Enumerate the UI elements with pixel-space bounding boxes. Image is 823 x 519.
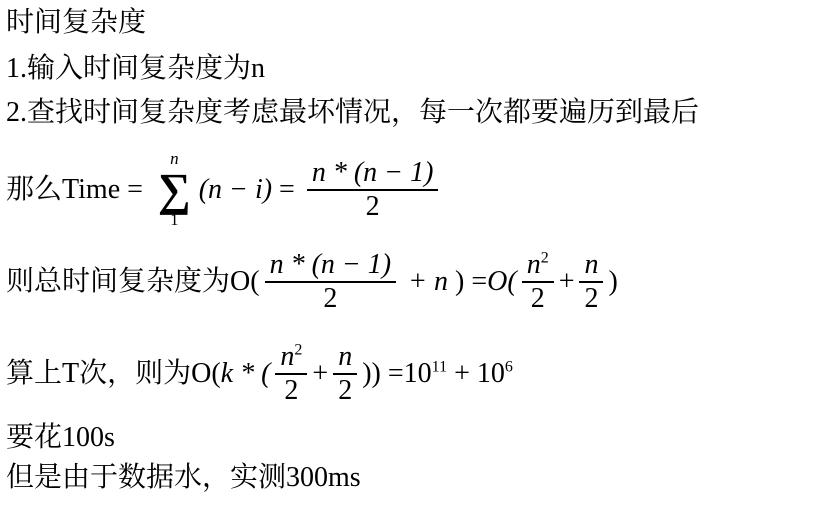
power-ten-eleven: 1011: [404, 357, 447, 391]
fraction-denominator: 2: [333, 375, 357, 407]
formula-total-complexity: 则总时间复杂度为 O( n * (n − 1) 2 + n ) = O( n2 …: [6, 240, 618, 324]
big-o-open: O(: [230, 265, 260, 299]
actual-time-line: 但是由于数据水，实测300ms: [6, 461, 361, 495]
formula-time-prefix: 那么: [6, 173, 62, 207]
fraction-numerator: n: [333, 341, 357, 375]
equals-sign: =: [127, 173, 143, 207]
exponent: 2: [294, 341, 302, 358]
fraction-numerator: n2: [275, 341, 307, 375]
document-page: 时间复杂度 1.输入时间复杂度为n 2.查找时间复杂度考虑最坏情况，每一次都要遍…: [0, 0, 823, 519]
time-function-label: Time: [62, 173, 120, 207]
formula-t-times: 算上T次，则为 O( k * ( n2 2 + n 2 )) = 1011 + …: [6, 332, 513, 416]
plus-sign: +: [312, 357, 328, 391]
fraction-n-squared-over-2: n2 2: [275, 341, 307, 407]
equals-sign: ) =: [455, 265, 487, 299]
fraction-n-over-2: n 2: [333, 341, 357, 407]
fraction-denominator: 2: [318, 283, 342, 315]
doc-title: 时间复杂度: [6, 6, 146, 40]
time-cost-line: 要花100s: [6, 421, 115, 455]
formula-total-prefix: 则总时间复杂度为: [6, 265, 230, 299]
fraction-denominator: 2: [361, 191, 385, 223]
fraction-n-times-n-minus-1-over-2: n * (n − 1) 2: [307, 157, 439, 223]
fraction-denominator: 2: [579, 283, 603, 315]
sum-body-expression: (n − i): [199, 173, 272, 207]
fraction-numerator: n * (n − 1): [265, 249, 397, 283]
point-2: 2.查找时间复杂度考虑最坏情况，每一次都要遍历到最后: [6, 96, 699, 130]
plus-sign: +: [454, 357, 470, 391]
point-1: 1.输入时间复杂度为n: [6, 52, 265, 86]
equals-sign: )) =: [362, 357, 403, 391]
fraction-denominator: 2: [526, 283, 550, 315]
exponent: 6: [505, 359, 513, 376]
fraction-n-over-2: n 2: [579, 249, 603, 315]
sigma-symbol: ∑: [158, 169, 191, 211]
plus-n-term: + n: [408, 265, 448, 299]
fraction-n-times-n-minus-1-over-2: n * (n − 1) 2: [265, 249, 397, 315]
close-paren: ): [608, 265, 617, 299]
fraction-numerator: n2: [522, 249, 554, 283]
summation: n ∑ 1: [158, 150, 191, 230]
power-ten-six: 106: [477, 357, 513, 391]
exponent: 11: [432, 359, 447, 376]
k-star-open: k * (: [221, 357, 271, 391]
fraction-numerator: n * (n − 1): [307, 157, 439, 191]
fraction-numerator: n: [579, 249, 603, 283]
equals-sign: =: [279, 173, 295, 207]
formula-t-times-prefix: 算上T次，则为: [6, 357, 191, 391]
fraction-denominator: 2: [279, 375, 303, 407]
exponent: 2: [541, 249, 549, 266]
big-o-open: O(: [487, 265, 517, 299]
formula-time: 那么 Time = n ∑ 1 (n − i) = n * (n − 1) 2: [6, 145, 443, 235]
sum-lower-limit: 1: [170, 211, 179, 230]
big-o-open: O(: [191, 357, 221, 391]
plus-sign: +: [559, 265, 575, 299]
fraction-n-squared-over-2: n2 2: [522, 249, 554, 315]
